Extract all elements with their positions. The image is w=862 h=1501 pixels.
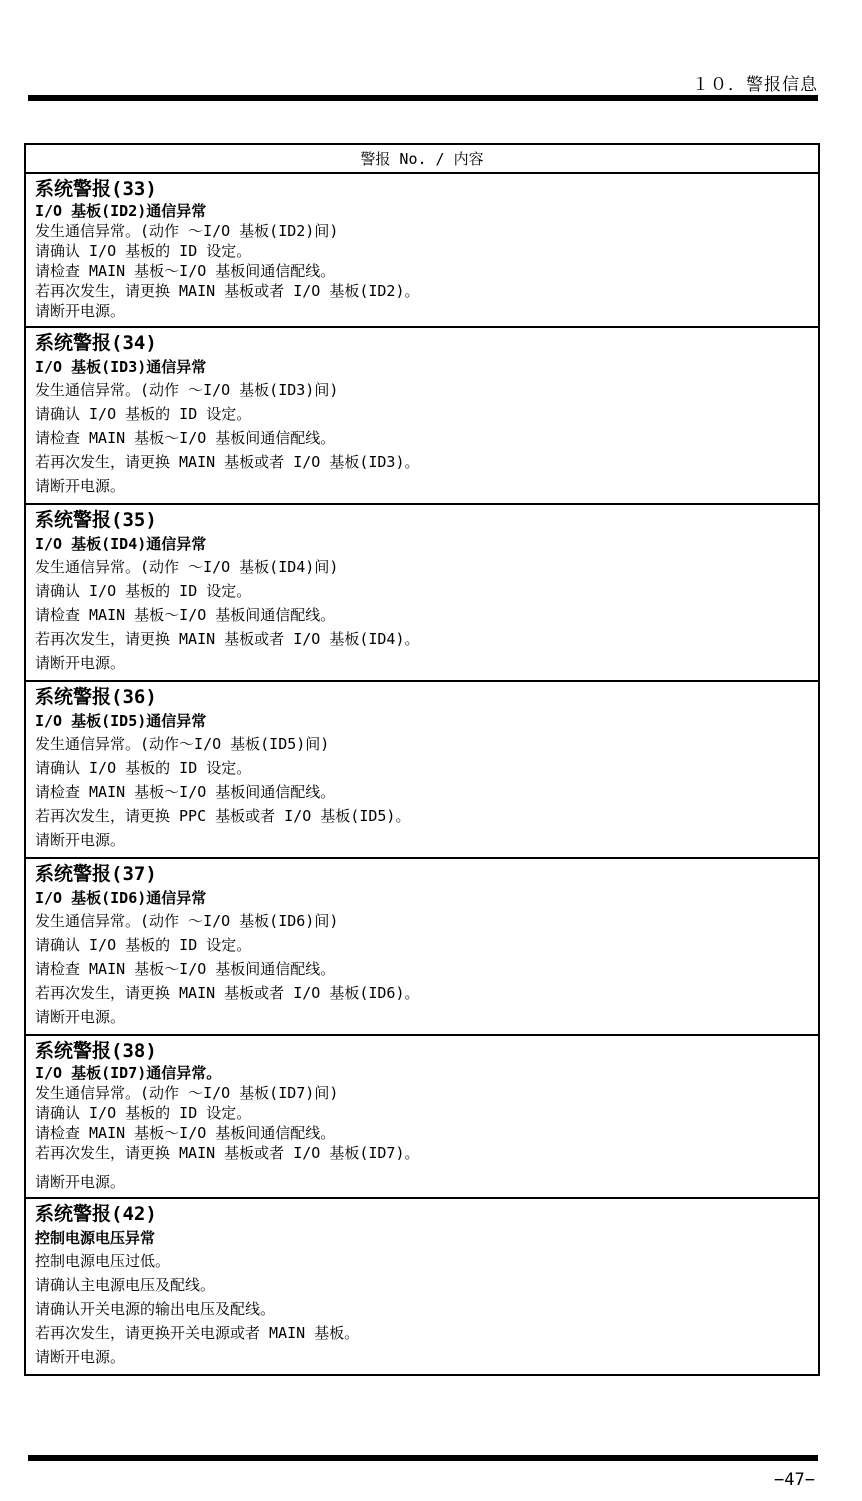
- alarm-title: 系统警报(35): [35, 508, 809, 533]
- alarm-row-cell: 系统警报(38) I/O 基板(ID7)通信异常。 发生通信异常。(动作 ～I/…: [25, 1035, 819, 1198]
- alarm-line: 请断开电源。: [35, 1345, 809, 1369]
- alarm-row: 系统警报(37) I/O 基板(ID6)通信异常 发生通信异常。(动作 ～I/O…: [25, 858, 819, 1035]
- alarm-line: 请检查 MAIN 基板～I/O 基板间通信配线。: [35, 426, 809, 450]
- alarm-line: 若再次发生，请更换 PPC 基板或者 I/O 基板(ID5)。: [35, 804, 809, 828]
- alarm-line: 请断开电源。: [35, 1005, 809, 1029]
- footer-rule: [28, 1455, 818, 1461]
- alarm-row: 系统警报(35) I/O 基板(ID4)通信异常 发生通信异常。(动作 ～I/O…: [25, 504, 819, 681]
- alarm-line: 发生通信异常。(动作 ～I/O 基板(ID7)间): [35, 1083, 809, 1103]
- alarm-row-cell: 系统警报(37) I/O 基板(ID6)通信异常 发生通信异常。(动作 ～I/O…: [25, 858, 819, 1035]
- alarm-table-body: 系统警报(33) I/O 基板(ID2)通信异常 发生通信异常。(动作 ～I/O…: [25, 173, 819, 1375]
- alarm-line: 若再次发生，请更换 MAIN 基板或者 I/O 基板(ID4)。: [35, 627, 809, 651]
- alarm-row-cell: 系统警报(42) 控制电源电压异常 控制电源电压过低。请确认主电源电压及配线。请…: [25, 1198, 819, 1375]
- alarm-subtitle: I/O 基板(ID7)通信异常。: [35, 1063, 809, 1083]
- alarm-line: 请检查 MAIN 基板～I/O 基板间通信配线。: [35, 780, 809, 804]
- alarm-subtitle: I/O 基板(ID5)通信异常: [35, 710, 809, 732]
- alarm-subtitle: I/O 基板(ID6)通信异常: [35, 887, 809, 909]
- alarm-line: 请断开电源。: [35, 651, 809, 675]
- page-number: −47−: [774, 1470, 815, 1490]
- alarm-table: 警报 No. / 内容 系统警报(33) I/O 基板(ID2)通信异常 发生通…: [24, 143, 820, 1376]
- alarm-title: 系统警报(42): [35, 1202, 809, 1227]
- alarm-line: 请断开电源。: [35, 301, 809, 321]
- alarm-line: 若再次发生，请更换 MAIN 基板或者 I/O 基板(ID2)。: [35, 281, 809, 301]
- alarm-row-cell: 系统警报(35) I/O 基板(ID4)通信异常 发生通信异常。(动作 ～I/O…: [25, 504, 819, 681]
- alarm-title: 系统警报(38): [35, 1039, 809, 1063]
- alarm-line: 请确认开关电源的输出电压及配线。: [35, 1297, 809, 1321]
- alarm-line: 请断开电源。: [35, 474, 809, 498]
- alarm-title: 系统警报(33): [35, 177, 809, 201]
- page-header: １０．警报信息: [692, 70, 818, 95]
- alarm-line: 请确认 I/O 基板的 ID 设定。: [35, 402, 809, 426]
- alarm-row: 系统警报(42) 控制电源电压异常 控制电源电压过低。请确认主电源电压及配线。请…: [25, 1198, 819, 1375]
- alarm-line: 发生通信异常。(动作 ～I/O 基板(ID3)间): [35, 378, 809, 402]
- alarm-row-cell: 系统警报(34) I/O 基板(ID3)通信异常 发生通信异常。(动作 ～I/O…: [25, 327, 819, 504]
- alarm-subtitle: I/O 基板(ID4)通信异常: [35, 533, 809, 555]
- alarm-line: 发生通信异常。(动作 ～I/O 基板(ID4)间): [35, 555, 809, 579]
- alarm-line: 请检查 MAIN 基板～I/O 基板间通信配线。: [35, 603, 809, 627]
- alarm-subtitle: I/O 基板(ID3)通信异常: [35, 356, 809, 378]
- alarm-line: 请确认 I/O 基板的 ID 设定。: [35, 756, 809, 780]
- alarm-line: 若再次发生，请更换 MAIN 基板或者 I/O 基板(ID3)。: [35, 450, 809, 474]
- alarm-row-cell: 系统警报(33) I/O 基板(ID2)通信异常 发生通信异常。(动作 ～I/O…: [25, 173, 819, 327]
- alarm-table-header-row: 警报 No. / 内容: [25, 144, 819, 173]
- alarm-row: 系统警报(36) I/O 基板(ID5)通信异常 发生通信异常。(动作～I/O …: [25, 681, 819, 858]
- chapter-title: １０．警报信息: [692, 75, 818, 95]
- alarm-line: 若再次发生，请更换 MAIN 基板或者 I/O 基板(ID6)。: [35, 981, 809, 1005]
- alarm-line: 请确认 I/O 基板的 ID 设定。: [35, 933, 809, 957]
- alarm-line: 控制电源电压过低。: [35, 1249, 809, 1273]
- alarm-line: 发生通信异常。(动作 ～I/O 基板(ID6)间): [35, 909, 809, 933]
- alarm-line: 若再次发生，请更换开关电源或者 MAIN 基板。: [35, 1321, 809, 1345]
- alarm-subtitle: 控制电源电压异常: [35, 1227, 809, 1249]
- alarm-title: 系统警报(36): [35, 685, 809, 710]
- alarm-row: 系统警报(34) I/O 基板(ID3)通信异常 发生通信异常。(动作 ～I/O…: [25, 327, 819, 504]
- alarm-line: 请断开电源。: [35, 1172, 809, 1192]
- alarm-table-head: 警报 No. / 内容: [25, 144, 819, 173]
- document-page: １０．警报信息 警报 No. / 内容 系统警报(33) I/O 基板(ID2)…: [0, 0, 862, 1501]
- alarm-line: 请断开电源。: [35, 828, 809, 852]
- alarm-line: 发生通信异常。(动作～I/O 基板(ID5)间): [35, 732, 809, 756]
- alarm-line: 请确认主电源电压及配线。: [35, 1273, 809, 1297]
- alarm-line: 请检查 MAIN 基板～I/O 基板间通信配线。: [35, 261, 809, 281]
- alarm-row-cell: 系统警报(36) I/O 基板(ID5)通信异常 发生通信异常。(动作～I/O …: [25, 681, 819, 858]
- alarm-title: 系统警报(34): [35, 331, 809, 356]
- alarm-line: 请检查 MAIN 基板～I/O 基板间通信配线。: [35, 957, 809, 981]
- alarm-line: 若再次发生，请更换 MAIN 基板或者 I/O 基板(ID7)。: [35, 1143, 809, 1163]
- alarm-subtitle: I/O 基板(ID2)通信异常: [35, 201, 809, 221]
- alarm-line: 请检查 MAIN 基板～I/O 基板间通信配线。: [35, 1123, 809, 1143]
- alarm-line: 请确认 I/O 基板的 ID 设定。: [35, 241, 809, 261]
- alarm-line: 发生通信异常。(动作 ～I/O 基板(ID2)间): [35, 221, 809, 241]
- alarm-title: 系统警报(37): [35, 862, 809, 887]
- alarm-line: 请确认 I/O 基板的 ID 设定。: [35, 579, 809, 603]
- alarm-table-header-cell: 警报 No. / 内容: [25, 144, 819, 173]
- alarm-row: 系统警报(38) I/O 基板(ID7)通信异常。 发生通信异常。(动作 ～I/…: [25, 1035, 819, 1198]
- header-rule: [28, 95, 818, 101]
- alarm-line: 请确认 I/O 基板的 ID 设定。: [35, 1103, 809, 1123]
- alarm-row: 系统警报(33) I/O 基板(ID2)通信异常 发生通信异常。(动作 ～I/O…: [25, 173, 819, 327]
